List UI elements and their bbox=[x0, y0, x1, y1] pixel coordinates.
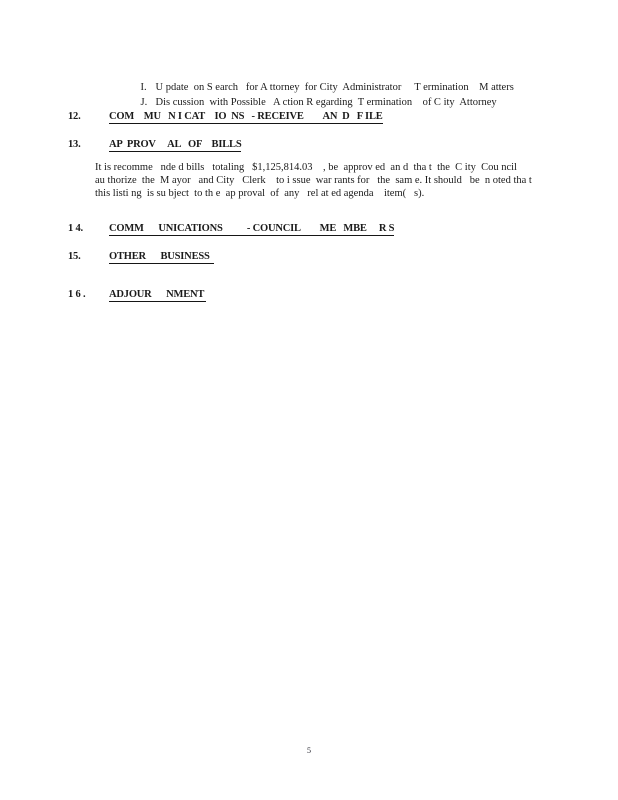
section-approval-of-bills: 13. AP PROV AL OF BILLS bbox=[0, 139, 618, 154]
paragraph-line: this listi ng is su bject to th e ap pro… bbox=[95, 188, 555, 201]
section-title: ADJOUR NMENT bbox=[109, 289, 206, 302]
section-title: OTHER BUSINESS bbox=[109, 251, 214, 264]
section-number: 13. bbox=[68, 139, 81, 150]
section-title: COMM UNICATIONS - COUNCIL ME MBE R S bbox=[109, 223, 394, 236]
section-title: COM MU N I CAT IO NS - RECEIVE AN D F IL… bbox=[109, 111, 383, 124]
section-number: 12. bbox=[68, 111, 81, 122]
section-communications-receive-file: 12. COM MU N I CAT IO NS - RECEIVE AN D … bbox=[0, 111, 618, 126]
document-page: I.U pdate on S earch for A ttorney for C… bbox=[0, 0, 618, 800]
section-communications-council-members: 1 4. COMM UNICATIONS - COUNCIL ME MBE R … bbox=[0, 223, 618, 238]
section-other-business: 15. OTHER BUSINESS bbox=[0, 251, 618, 266]
section-title: AP PROV AL OF BILLS bbox=[109, 139, 241, 152]
subitem-text: Dis cussion with Possible A ction R egar… bbox=[156, 97, 497, 108]
paragraph-line: It is recomme nde d bills totaling $1,12… bbox=[95, 162, 555, 175]
section-number: 1 4. bbox=[68, 223, 83, 234]
page-number: 5 bbox=[0, 746, 618, 755]
subitem-marker: J. bbox=[141, 97, 156, 109]
section-number: 15. bbox=[68, 251, 81, 262]
paragraph-line: au thorize the M ayor and City Clerk to … bbox=[95, 175, 555, 188]
section-adjournment: 1 6 . ADJOUR NMENT bbox=[0, 289, 618, 304]
approval-of-bills-paragraph: It is recomme nde d bills totaling $1,12… bbox=[95, 162, 555, 200]
section-number: 1 6 . bbox=[68, 289, 85, 300]
